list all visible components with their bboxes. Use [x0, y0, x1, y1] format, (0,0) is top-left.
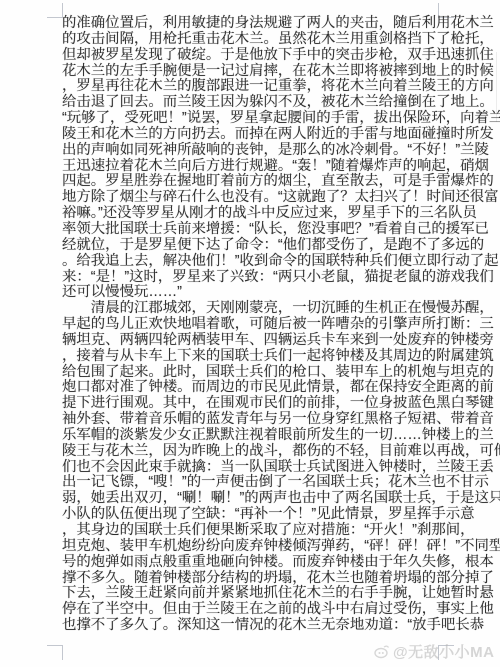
text-line: 出一记飞镖，“嗖！”的一声便击倒了一名国联士兵；花木兰也不甘示	[62, 475, 438, 491]
text-line: 撑不多久。随着钟楼部分结构的坍塌，花木兰也随着坍塌的部分掉了	[62, 571, 438, 587]
text-line: 弱，她丢出双刃，“唰！唰！”的两声也击中了两名国联士兵，于是这只	[62, 491, 438, 507]
text-line: 给击退了回去。而兰陵王因为躲闪不及，被花木兰给撞倒在了地上。	[62, 95, 438, 111]
watermark: @无敌小小MA	[374, 640, 494, 662]
watermark-handle: @无敌小小MA	[393, 641, 494, 662]
text-line: 裕嘛。”还没等罗星从刚才的战斗中反应过来，罗星手下的三名队员	[62, 206, 438, 222]
body-text: 的准确位置后，利用敏捷的身法规避了两人的夹击，随后利用花木兰的攻击间隔，用枪托重…	[62, 16, 438, 634]
text-line: 早起的鸟儿正欢快地唱着歌，可随后被一阵嘈杂的引擎声所打断：三	[62, 317, 438, 333]
document-page: 的准确位置后，利用敏捷的身法规避了两人的夹击，随后利用花木兰的攻击间隔，用枪托重…	[0, 0, 500, 667]
text-line: ，其身边的国联士兵们便果断采取了应对措施：“开火！”刹那间，	[62, 523, 438, 539]
corner-mark-top-left	[47, 3, 63, 18]
text-line: 也撑不了多久了。深知这一情况的花木兰无奈地劝道：“放手吧长恭	[62, 618, 438, 634]
text-line: ，罗星再往花木兰的腹部跟进一记重拳，将花木兰向着兰陵王的方向	[62, 79, 438, 95]
text-line: 辆坦克、两辆四轮两栖装甲车、四辆运兵卡车来到一处废弃的钟楼旁	[62, 333, 438, 349]
text-line: ，接着与从卡车上下来的国联士兵们一起将钟楼及其周边的附属建筑	[62, 349, 438, 365]
text-line: 清晨的江郡城郊，天刚刚蒙亮，一切沉睡的生机正在慢慢苏醒，	[62, 301, 438, 317]
weibo-logo-icon	[374, 643, 390, 659]
text-line: 率领大批国联士兵前来增援：“队长，您没事吧？”看着自己的援军已	[62, 222, 438, 238]
text-line: 停在了半空中。但由于兰陵王在之前的战斗中右肩过受伤，事实上他	[62, 602, 438, 618]
text-line: 花木兰的左手手腕便是一记过肩摔，在花木兰即将被摔到地上的时候	[62, 64, 438, 80]
text-line: 四起。罗星胜券在握地盯着前方的烟尘，直至散去，可是手雷爆炸的	[62, 174, 438, 190]
text-line: 。给我追上去，解决他们！”收到命令的国联特种兵们便立即行动了起	[62, 254, 438, 270]
text-line: “玩够了，受死吧！”说罢，罗星拿起腰间的手雷，拔出保险环，向着兰	[62, 111, 438, 127]
text-line: 出的声响如同死神所敲响的丧钟，是那么的冰冷刺骨。“不好！”兰陵	[62, 143, 438, 159]
text-line: 坦克炮、装甲车机炮纷纷向废弃钟楼倾泻弹药，“砰！砰！砰！”不同型	[62, 539, 438, 555]
text-line: 陵王与花木兰，因为昨晚上的战斗，都伤的不轻，目前难以再战，可他	[62, 444, 438, 460]
corner-mark-bottom-left	[47, 645, 63, 660]
text-line: 小队的队伍便出现了空缺：“再补一个！”见此情景，罗星挥手示意	[62, 507, 438, 523]
text-line: 的准确位置后，利用敏捷的身法规避了两人的夹击，随后利用花木兰	[62, 16, 438, 32]
text-line: 经就位，于是罗星便下达了命令：“他们都受伤了，是跑不了多远的	[62, 238, 438, 254]
text-line: 还可以慢慢玩……”	[62, 285, 438, 301]
text-line: 炮口都对准了钟楼。而周边的市民见此情景，都在保持安全距离的前	[62, 380, 438, 396]
text-line: 陵王和花木兰的方向扔去。而掉在两人附近的手雷与地面碰撞时所发	[62, 127, 438, 143]
text-line: 下去，兰陵王赶紧向前并紧紧地抓住花木兰的右手手腕，让她暂时悬	[62, 586, 438, 602]
text-line: 号的炮弹如雨点般重重地砸向钟楼。而废弃钟楼由于年久失修，根本	[62, 555, 438, 571]
text-line: 但却被罗星发现了破绽。于是他放下手中的突击步枪，双手迅速抓住	[62, 48, 438, 64]
text-line: 的攻击间隔，用枪托重击花木兰。虽然花木兰用重剑格挡下了枪托，	[62, 32, 438, 48]
text-line: 来：“是！”这时，罗星来了兴致：“两只小老鼠，猫捉老鼠的游戏我们	[62, 270, 438, 286]
text-line: 乐军帽的淡紫发少女正默默注视着眼前所发生的一切……钟楼上的兰	[62, 428, 438, 444]
text-line: 袖外套、带着音乐帽的蓝发青年与另一位身穿红黑格子短裙、带着音	[62, 412, 438, 428]
text-line: 地方除了烟尘与碎石什么也没有。“这就跑了？太扫兴了！时间还很富	[62, 190, 438, 206]
text-line: 提下进行围观。其中，在围观市民们的前排，一位身披蓝色黑白琴键	[62, 396, 438, 412]
